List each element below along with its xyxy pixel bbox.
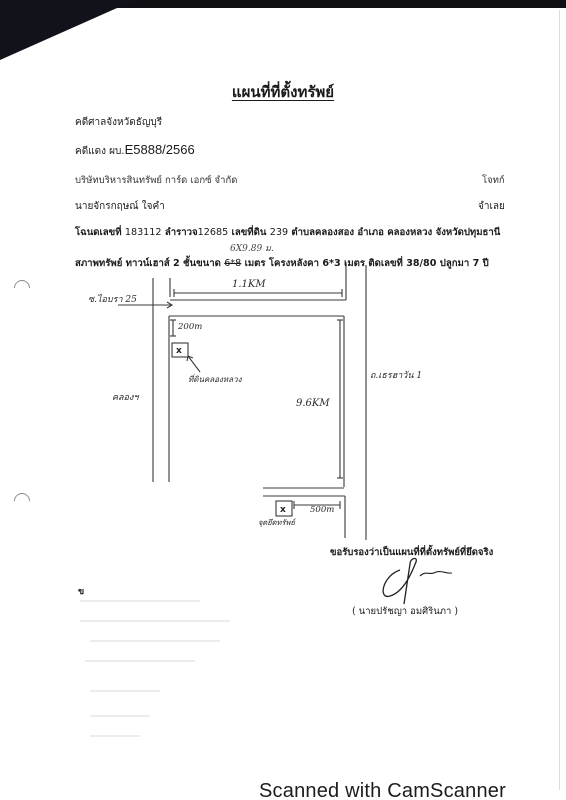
deed-line: โฉนดเลขที่ 183112 ลำราวจ12685 เลขที่ดิน … — [75, 225, 500, 240]
show-through-text — [90, 715, 150, 717]
canal-label: คลองฯ — [112, 390, 138, 404]
show-through-text — [90, 690, 160, 692]
camscanner-watermark: Scanned with CamScanner — [259, 780, 506, 800]
deed-number: 183112 — [125, 227, 162, 238]
case-number: คดีแดง ผบ.E5888/2566 — [75, 142, 195, 159]
case-label: คดีแดง ผบ. — [75, 146, 125, 157]
deed-location: ตำบลคลองสอง อำเภอ คลองหลวง จังหวัดปทุมธา… — [291, 227, 500, 238]
page-edge — [559, 10, 560, 790]
court-name: คดีศาลจังหวัดธัญบุรี — [75, 115, 162, 130]
target-label: จุดยึดทรัพย์ — [258, 518, 295, 527]
landmark-label: ที่ดินคลองหลวง — [188, 373, 241, 386]
defendant-name: นายจักรกฤษณ์ ใจคำ — [75, 199, 165, 214]
scan-dark-corner — [0, 0, 135, 60]
signature — [360, 552, 470, 608]
struck-size: 6*8 — [224, 258, 241, 269]
plaintiff-role: โจทก์ — [482, 173, 505, 188]
vertical-distance-label: 9.6KM — [296, 398, 330, 409]
signer-name: ( นายปรัชญา อมศิรินภา ) — [352, 604, 458, 619]
left-road-label: ซ.ไอบรา 25 — [88, 292, 137, 306]
section-marker: ข — [78, 584, 84, 598]
top-distance-label: 1.1KM — [232, 279, 266, 290]
right-road-label: ถ.เธรฮาวัน 1 — [370, 368, 422, 382]
punch-hole — [11, 490, 34, 513]
show-through-text — [90, 640, 220, 642]
show-through-text — [90, 735, 140, 737]
document-title: แผนที่ที่ตั้งทรัพย์ — [0, 80, 566, 104]
defendant-role: จำเลย — [478, 199, 505, 214]
handwritten-size-correction: 6X9.89 ม. — [230, 241, 274, 255]
punch-hole — [11, 277, 34, 300]
show-through-text — [80, 600, 200, 602]
property-line: สภาพทรัพย์ ทาวน์เฮาส์ 2 ชั้นขนาด 6*8 เมต… — [75, 256, 489, 271]
start-distance-label: 200m — [178, 322, 202, 332]
target-marker-icon: x — [280, 505, 286, 515]
case-number-value: E5888/2566 — [125, 142, 195, 157]
show-through-text — [85, 660, 195, 662]
show-through-text — [80, 620, 230, 622]
start-marker-icon: x — [176, 346, 182, 356]
end-distance-label: 500m — [310, 505, 334, 515]
plaintiff-name: บริษัทบริหารสินทรัพย์ การ์ด เอกซ์ จำกัด — [75, 173, 237, 188]
